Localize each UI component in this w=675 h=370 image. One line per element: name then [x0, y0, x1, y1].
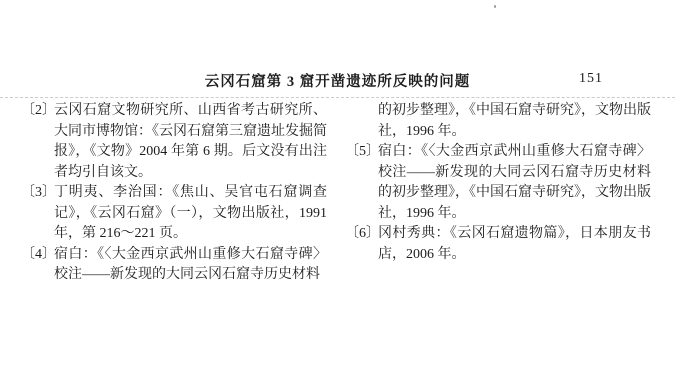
entry-text: 宿白：《〈大金西京武州山重修大石窟寺碑〉校注——新发现的大同云冈石窟寺历史材料 [54, 247, 327, 283]
entry-text: 丁明夷、李治国：《焦山、吴官屯石窟调查记》，《云冈石窟》（一），文物出版社，19… [54, 185, 327, 241]
header-rule [0, 97, 675, 98]
entry-marker: 〔5〕 [345, 142, 380, 163]
entry-marker: 〔2〕 [21, 101, 56, 122]
left-column: 〔2〕 云冈石窟文物研究所、山西省考古研究所、大同市博物馆：《云冈石窟第三窟遗址… [21, 101, 327, 286]
entry-marker: 〔4〕 [21, 245, 56, 266]
reference-entry-5: 〔5〕 宿白：《〈大金西京武州山重修大石窟寺碑〉校注——新发现的大同云冈石窟寺历… [345, 142, 651, 224]
page-number: 151 [579, 71, 603, 87]
entry-text: 云冈石窟文物研究所、山西省考古研究所、大同市博物馆：《云冈石窟第三窟遗址发掘简报… [54, 103, 327, 180]
scan-speck [494, 5, 496, 8]
entry-marker: 〔3〕 [21, 183, 56, 204]
right-column: 的初步整理》，《中国石窟寺研究》，文物出版社，1996 年。 〔5〕 宿白：《〈… [345, 101, 651, 286]
entry-text: 宿白：《〈大金西京武州山重修大石窟寺碑〉校注——新发现的大同云冈石窟寺历史材料的… [378, 144, 651, 221]
entry-text: 冈村秀典：《云冈石窟遗物篇》，日本朋友书店，2006 年。 [378, 226, 651, 262]
reference-entry-4: 〔4〕 宿白：《〈大金西京武州山重修大石窟寺碑〉校注——新发现的大同云冈石窟寺历… [21, 245, 327, 286]
entry-marker: 〔6〕 [345, 224, 380, 245]
running-head-title: 云冈石窟第 3 窟开凿遗迹所反映的问题 [0, 70, 675, 91]
reference-columns: 〔2〕 云冈石窟文物研究所、山西省考古研究所、大同市博物馆：《云冈石窟第三窟遗址… [21, 101, 651, 286]
reference-entry-3: 〔3〕 丁明夷、李治国：《焦山、吴官屯石窟调查记》，《云冈石窟》（一），文物出版… [21, 183, 327, 245]
reference-entry-4-continuation: 的初步整理》，《中国石窟寺研究》，文物出版社，1996 年。 [345, 101, 651, 142]
entry-text: 的初步整理》，《中国石窟寺研究》，文物出版社，1996 年。 [378, 103, 651, 139]
reference-entry-2: 〔2〕 云冈石窟文物研究所、山西省考古研究所、大同市博物馆：《云冈石窟第三窟遗址… [21, 101, 327, 183]
reference-entry-6: 〔6〕 冈村秀典：《云冈石窟遗物篇》，日本朋友书店，2006 年。 [345, 224, 651, 265]
scanned-book-page: 云冈石窟第 3 窟开凿遗迹所反映的问题 151 〔2〕 云冈石窟文物研究所、山西… [0, 0, 675, 370]
